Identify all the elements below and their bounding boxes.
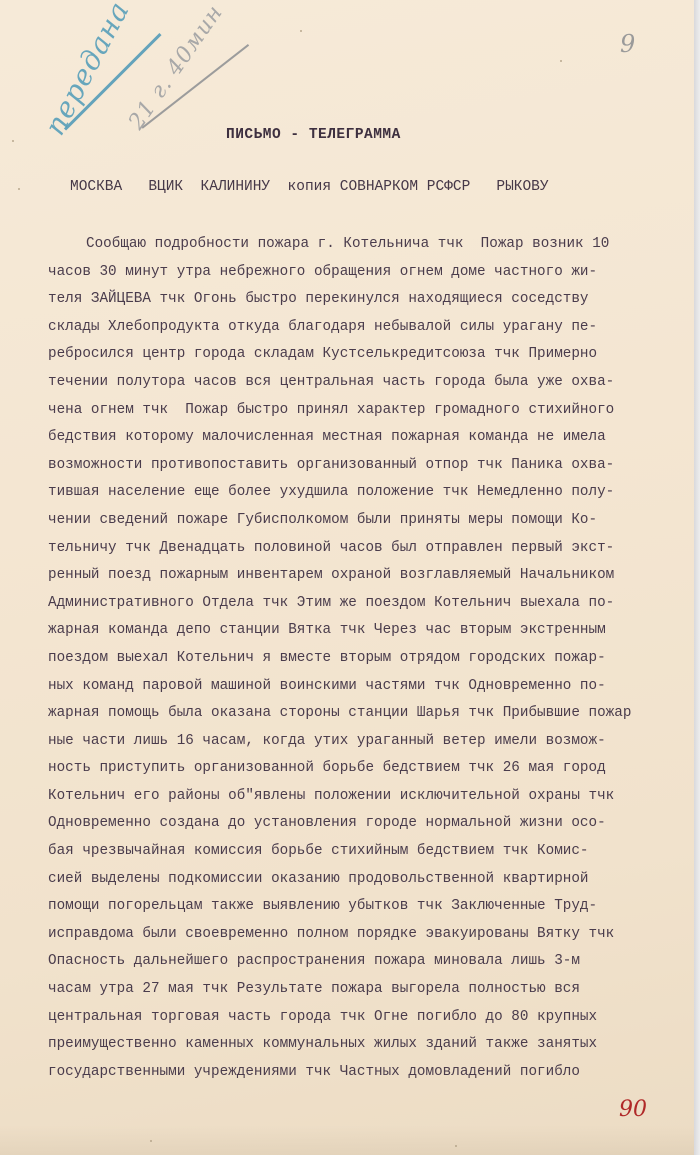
- body-line: бедствия которому малочисленная местная …: [48, 424, 688, 452]
- address-line: МОСКВА ВЦИК КАЛИНИНУ копия СОВНАРКОМ РСФ…: [70, 179, 549, 195]
- paper-speck: [150, 1140, 152, 1142]
- body-line: ные части лишь 16 часам, когда утих ураг…: [48, 728, 688, 756]
- body-line: ных команд паровой машиной воинскими час…: [48, 673, 688, 701]
- gray-pencil-annotation: 21 г. 40мин: [124, 0, 228, 134]
- body-line: жарная команда депо станции Вятка тчк Че…: [48, 617, 688, 645]
- paper-speck: [18, 188, 20, 190]
- document-page: передана 21 г. 40мин 9 ПИСЬМО - ТЕЛЕГРАМ…: [0, 0, 694, 1155]
- body-line: ренный поезд пожарным инвентарем охраной…: [48, 562, 688, 590]
- body-line: жарная помощь была оказана стороны станц…: [48, 700, 688, 728]
- body-line: преимущественно каменных коммунальных жи…: [48, 1031, 688, 1059]
- paper-speck: [300, 30, 302, 32]
- body-line: ребросился центр города складам Кустсель…: [48, 341, 688, 369]
- body-line: помощи погорельцам также выявлению убытк…: [48, 893, 688, 921]
- body-line: центральная торговая часть города тчк Ог…: [48, 1004, 688, 1032]
- red-ink-annotation: 90: [619, 1097, 647, 1122]
- document-title: ПИСЬМО - ТЕЛЕГРАММА: [226, 127, 401, 143]
- body-line: Административного Отдела тчк Этим же пое…: [48, 590, 688, 618]
- folio-number: 9: [620, 30, 635, 58]
- body-line: ность приступить организованной борьбе б…: [48, 755, 688, 783]
- body-line: чении сведений пожаре Губисполкомом были…: [48, 507, 688, 535]
- paper-speck: [12, 140, 14, 142]
- body-line: часам утра 27 мая тчк Результате пожара …: [48, 976, 688, 1004]
- body-line: исправдома были своевременно полном поря…: [48, 921, 688, 949]
- document-body: Сообщаю подробности пожара г. Котельнича…: [48, 231, 688, 1086]
- body-line: поездом выехал Котельнич я вместе вторым…: [48, 645, 688, 673]
- body-line: Опасность дальнейшего распространения по…: [48, 948, 688, 976]
- body-line: государственными учреждениями тчк Частны…: [48, 1059, 688, 1087]
- body-line: возможности противопоставить организован…: [48, 452, 688, 480]
- paper-speck: [455, 1145, 457, 1147]
- paper-speck: [560, 60, 562, 62]
- body-line: течении полутора часов вся центральная ч…: [48, 369, 688, 397]
- body-line: тившая население еще более ухудшила поло…: [48, 479, 688, 507]
- body-line: склады Хлебопродукта откуда благодаря не…: [48, 314, 688, 342]
- body-line: сией выделены подкомиссии оказанию продо…: [48, 866, 688, 894]
- body-line: Одновременно создана до установления гор…: [48, 810, 688, 838]
- page-edge: [694, 0, 700, 1155]
- body-line: Котельнич его районы об"явлены положении…: [48, 783, 688, 811]
- body-line: бая чрезвычайная комиссия борьбе стихийн…: [48, 838, 688, 866]
- body-line: тельничу тчк Двенадцать половиной часов …: [48, 535, 688, 563]
- body-line: часов 30 минут утра небрежного обращения…: [48, 259, 688, 287]
- body-line: чена огнем тчк Пожар быстро принял харак…: [48, 397, 688, 425]
- body-line: Сообщаю подробности пожара г. Котельнича…: [48, 231, 688, 259]
- body-line: теля ЗАЙЦЕВА тчк Огонь быстро перекинулс…: [48, 286, 688, 314]
